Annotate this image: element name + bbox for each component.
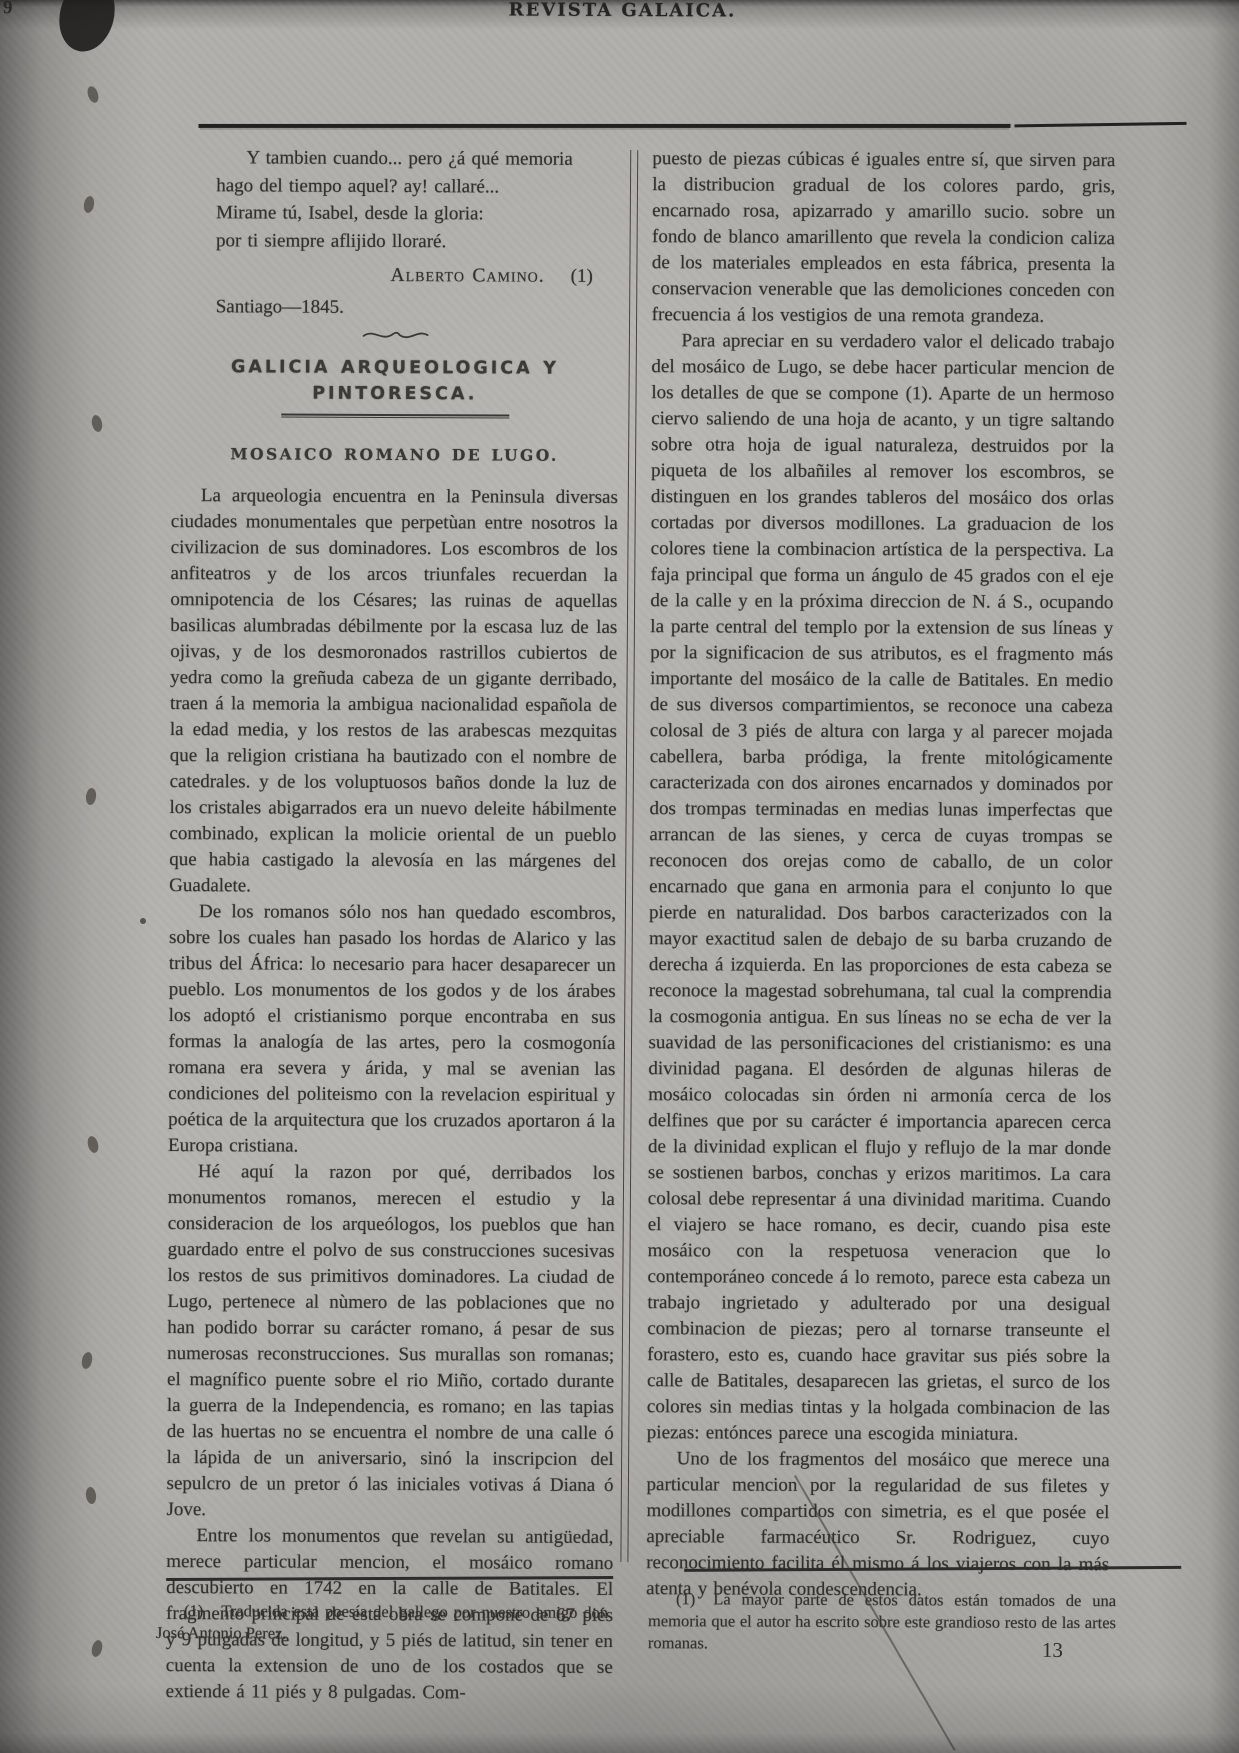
page-number-bottom: 13 xyxy=(1042,1638,1063,1663)
body-paragraph: puesto de piezas cúbicas é iguales entre… xyxy=(652,146,1116,330)
column-divider-rule xyxy=(620,150,638,1562)
footnote-marker: (1) xyxy=(184,1601,203,1620)
scanned-page: REVISTA GALAICA. 9 Y tambien cuando... p… xyxy=(0,0,1239,1753)
section-title-rule xyxy=(281,414,509,419)
right-column: puesto de piezas cúbicas é iguales entre… xyxy=(646,146,1115,1604)
poem-line: hago del tiempo aquel? ay! callaré... xyxy=(216,172,619,201)
body-paragraph: Uno de los fragmentos del mosáico que me… xyxy=(646,1446,1110,1604)
body-paragraph: Para apreciar en su verdadero valor el d… xyxy=(647,328,1115,1448)
page-number-top: 9 xyxy=(3,0,13,19)
journal-title: REVISTA GALAICA. xyxy=(3,0,1239,24)
body-paragraph: Hé aquí la razon por qué, derribados los… xyxy=(166,1159,615,1525)
squiggle-ornament-icon xyxy=(172,324,619,346)
footnote-left: (1)Traducida esta poesía del gallego por… xyxy=(156,1600,608,1646)
poem-stanza: Y tambien cuando... pero ¿á qué memoria … xyxy=(216,144,619,256)
footnote-marker: (1) xyxy=(676,1589,695,1608)
poem-line: por ti siempre aflijido lloraré. xyxy=(216,227,619,256)
header-rule-left-segment xyxy=(199,124,1011,128)
place-date-line: Santiago—1845. xyxy=(216,294,619,322)
body-paragraph: De los romanos sólo nos han quedado esco… xyxy=(168,899,616,1161)
header-rule-right-segment xyxy=(1015,122,1187,128)
footnote-reference-marker: (1) xyxy=(571,266,593,287)
page-content: REVISTA GALAICA. 9 Y tambien cuando... p… xyxy=(0,0,1239,1753)
section-title: GALICIA ARQUEOLOGICA Y PINTORESCA. xyxy=(171,354,618,408)
body-paragraph: La arqueologia encuentra en la Peninsula… xyxy=(169,483,618,901)
left-column: Y tambien cuando... pero ¿á qué memoria … xyxy=(166,144,620,1707)
author-signature: Alberto Camino. xyxy=(391,265,545,287)
footnote-text: Traducida esta poesía del gallego por nu… xyxy=(156,1601,608,1642)
article-subtitle: MOSAICO ROMANO DE LUGO. xyxy=(171,441,618,469)
poem-signature-row: Alberto Camino.(1) xyxy=(172,262,619,290)
poem-line: Y tambien cuando... pero ¿á qué memoria xyxy=(216,144,619,173)
poem-line: Mirame tú, Isabel, desde la gloria: xyxy=(216,199,619,228)
